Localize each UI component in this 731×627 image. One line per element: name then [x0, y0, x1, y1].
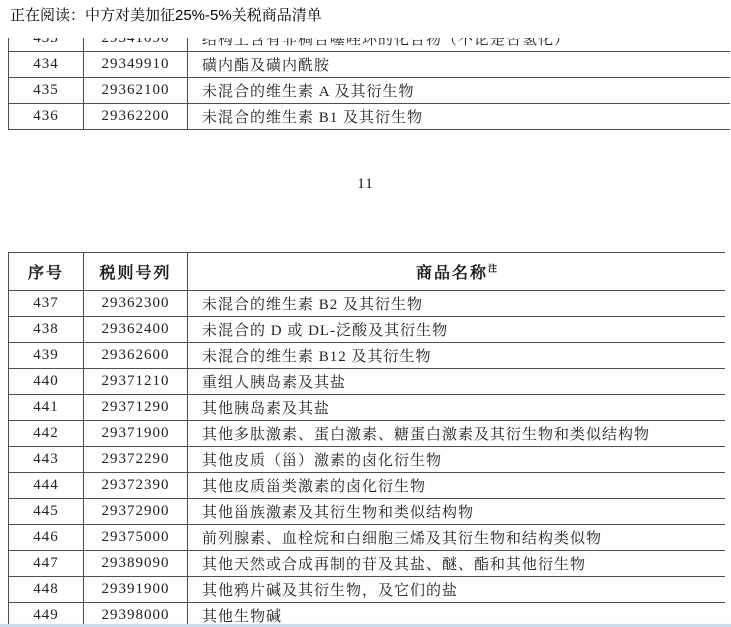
- table-row: 44329372290其他皮质（甾）激素的卤化衍生物: [9, 447, 726, 473]
- row-index-cell: 441: [9, 395, 84, 421]
- row-code-cell: 29362400: [84, 317, 188, 343]
- row-name-cell: 前列腺素、血栓烷和白细胞三烯及其衍生物和结构类似物: [188, 525, 726, 551]
- table-row: 44829391900其他鸦片碱及其衍生物，及它们的盐: [9, 577, 726, 603]
- tariff-table-bottom-wrap: 序号 税则号列 商品名称注 43729362300未混合的维生素 B2 及其衍生…: [8, 252, 730, 627]
- row-name-cell: 其他多肽激素、蛋白激素、糖蛋白激素及其衍生物和类似结构物: [188, 421, 726, 447]
- col-header-note-superscript: 注: [488, 264, 497, 274]
- col-header-name: 商品名称注: [188, 253, 726, 291]
- table-row: 43929362600未混合的维生素 B12 及其衍生物: [9, 343, 726, 369]
- document-page: 43329341090结构上含有非稠合噻唑环的化合物（不论是否氢化）434293…: [0, 26, 731, 627]
- row-name-cell: 其他胰岛素及其盐: [188, 395, 726, 421]
- table-row: 44029371210重组人胰岛素及其盐: [9, 369, 726, 395]
- row-index-cell: 446: [9, 525, 84, 551]
- table-header-row: 序号 税则号列 商品名称注: [9, 253, 726, 291]
- table-row: 43829362400未混合的 D 或 DL-泛酸及其衍生物: [9, 317, 726, 343]
- row-name-cell: 重组人胰岛素及其盐: [188, 369, 726, 395]
- row-index-cell: 443: [9, 447, 84, 473]
- row-code-cell: 29371290: [84, 395, 188, 421]
- col-header-index: 序号: [9, 253, 84, 291]
- row-name-cell: 未混合的维生素 B2 及其衍生物: [188, 291, 726, 317]
- row-index-cell: 438: [9, 317, 84, 343]
- reading-status-text: 正在阅读：中方对美加征25%-5%关税商品清单: [10, 7, 322, 24]
- row-code-cell: 29375000: [84, 525, 188, 551]
- row-code-cell: 29349910: [84, 52, 188, 78]
- row-code-cell: 29362100: [84, 78, 188, 104]
- row-name-cell: 其他皮质（甾）激素的卤化衍生物: [188, 447, 726, 473]
- row-name-cell: 未混合的 D 或 DL-泛酸及其衍生物: [188, 317, 726, 343]
- reading-status-bar: 正在阅读：中方对美加征25%-5%关税商品清单: [0, 0, 731, 26]
- table-row: 43629362200未混合的维生素 B1 及其衍生物: [9, 104, 731, 130]
- table-row: 44629375000前列腺素、血栓烷和白细胞三烯及其衍生物和结构类似物: [9, 525, 726, 551]
- row-code-cell: 29341090: [84, 38, 188, 52]
- table-row: 44129371290其他胰岛素及其盐: [9, 395, 726, 421]
- table-row: 44729389090其他天然或合成再制的苷及其盐、醚、酯和其他衍生物: [9, 551, 726, 577]
- row-index-cell: 445: [9, 499, 84, 525]
- row-index-cell: 434: [9, 52, 84, 78]
- table-row: 43429349910磺内酯及磺内酰胺: [9, 52, 731, 78]
- row-code-cell: 29371900: [84, 421, 188, 447]
- row-index-cell: 435: [9, 78, 84, 104]
- row-name-cell: 其他皮质甾类激素的卤化衍生物: [188, 473, 726, 499]
- row-index-cell: 433: [9, 38, 84, 52]
- row-code-cell: 29372390: [84, 473, 188, 499]
- row-code-cell: 29362200: [84, 104, 188, 130]
- row-index-cell: 448: [9, 577, 84, 603]
- row-index-cell: 444: [9, 473, 84, 499]
- row-code-cell: 29389090: [84, 551, 188, 577]
- row-code-cell: 29372290: [84, 447, 188, 473]
- row-index-cell: 442: [9, 421, 84, 447]
- tariff-table-bottom: 序号 税则号列 商品名称注 43729362300未混合的维生素 B2 及其衍生…: [8, 252, 725, 627]
- table-row: 43329341090结构上含有非稠合噻唑环的化合物（不论是否氢化）: [9, 38, 731, 52]
- row-index-cell: 437: [9, 291, 84, 317]
- row-name-cell: 其他天然或合成再制的苷及其盐、醚、酯和其他衍生物: [188, 551, 726, 577]
- table-row: 44229371900其他多肽激素、蛋白激素、糖蛋白激素及其衍生物和类似结构物: [9, 421, 726, 447]
- table-row: 43529362100未混合的维生素 A 及其衍生物: [9, 78, 731, 104]
- row-code-cell: 29372900: [84, 499, 188, 525]
- row-index-cell: 439: [9, 343, 84, 369]
- row-name-cell: 未混合的维生素 A 及其衍生物: [188, 78, 731, 104]
- row-index-cell: 447: [9, 551, 84, 577]
- col-header-name-text: 商品名称: [416, 265, 488, 282]
- tariff-table-top-clip: 43329341090结构上含有非稠合噻唑环的化合物（不论是否氢化）434293…: [8, 38, 730, 131]
- table-row: 44429372390其他皮质甾类激素的卤化衍生物: [9, 473, 726, 499]
- row-code-cell: 29362600: [84, 343, 188, 369]
- row-name-cell: 其他甾族激素及其衍生物和类似结构物: [188, 499, 726, 525]
- row-code-cell: 29371210: [84, 369, 188, 395]
- row-index-cell: 436: [9, 104, 84, 130]
- row-name-cell: 磺内酯及磺内酰胺: [188, 52, 731, 78]
- table-row: 44529372900其他甾族激素及其衍生物和类似结构物: [9, 499, 726, 525]
- table-row: 43729362300未混合的维生素 B2 及其衍生物: [9, 291, 726, 317]
- row-code-cell: 29391900: [84, 577, 188, 603]
- tariff-table-top: 43329341090结构上含有非稠合噻唑环的化合物（不论是否氢化）434293…: [8, 38, 730, 130]
- row-name-cell: 结构上含有非稠合噻唑环的化合物（不论是否氢化）: [188, 38, 731, 52]
- col-header-code: 税则号列: [84, 253, 188, 291]
- page-number: 11: [0, 176, 731, 193]
- row-name-cell: 未混合的维生素 B1 及其衍生物: [188, 104, 731, 130]
- row-code-cell: 29362300: [84, 291, 188, 317]
- row-name-cell: 其他鸦片碱及其衍生物，及它们的盐: [188, 577, 726, 603]
- row-index-cell: 440: [9, 369, 84, 395]
- row-name-cell: 未混合的维生素 B12 及其衍生物: [188, 343, 726, 369]
